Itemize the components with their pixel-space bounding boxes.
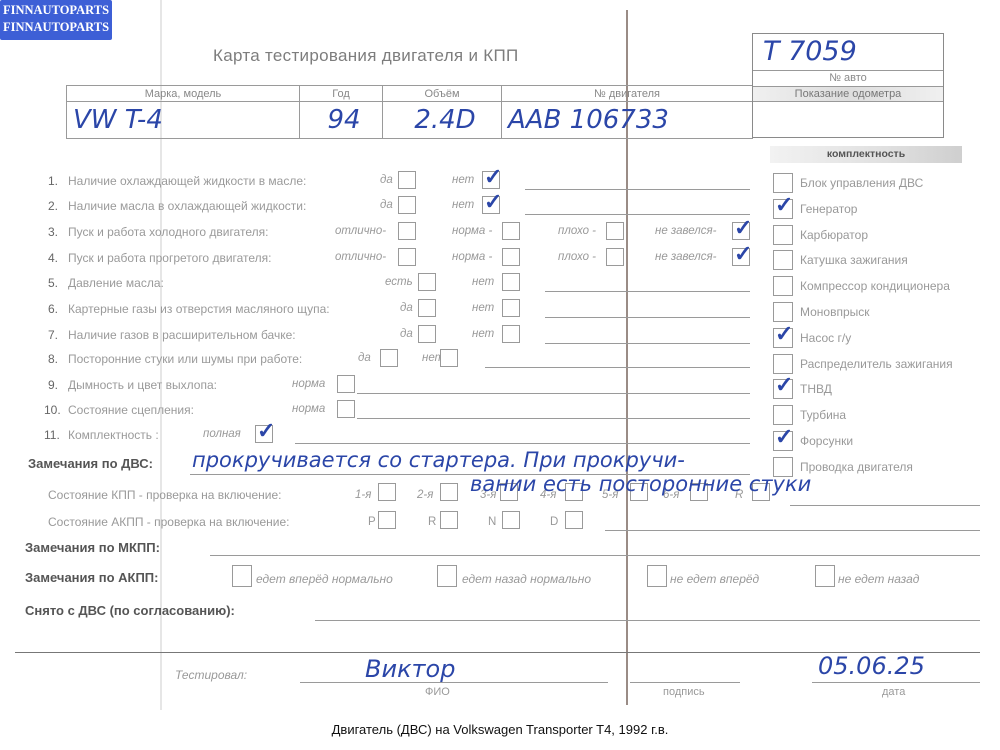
kit-checkbox[interactable] xyxy=(773,173,793,193)
removed-line[interactable] xyxy=(315,620,980,621)
question-text: Наличие газов в расширительном бачке: xyxy=(68,328,296,342)
removed-label: Снято с ДВС (по согласованию): xyxy=(25,603,235,618)
kit-checkbox[interactable] xyxy=(773,302,793,322)
option-label: норма xyxy=(292,403,325,415)
kit-title: комплектность xyxy=(770,146,962,163)
akpp-remark-checkbox[interactable] xyxy=(232,565,252,587)
date-value[interactable]: 05.06.25 xyxy=(818,652,925,680)
notes-line[interactable] xyxy=(545,343,750,344)
question-number: 2. xyxy=(48,199,58,213)
line xyxy=(605,530,980,531)
question-text: Наличие охлаждающей жидкости в масле: xyxy=(68,174,306,188)
option-label: да xyxy=(400,302,413,314)
option-label: да xyxy=(380,199,393,211)
option-checkbox[interactable] xyxy=(482,196,500,214)
option-label: да xyxy=(400,328,413,340)
gear-label: N xyxy=(488,516,496,528)
option-checkbox[interactable] xyxy=(502,325,520,343)
gear-checkbox[interactable] xyxy=(565,511,583,529)
option-label: нет xyxy=(452,199,474,211)
kit-checkbox[interactable] xyxy=(773,276,793,296)
option-label: отлично- xyxy=(335,251,386,263)
akpp-remark-checkbox[interactable] xyxy=(815,565,835,587)
option-label: норма - xyxy=(452,225,492,237)
remarks-auto-label: Замечания по АКПП: xyxy=(25,570,158,585)
notes-line[interactable] xyxy=(485,367,750,368)
auto-number-box: T 7059 № авто Показание одометра xyxy=(752,33,944,138)
option-checkbox[interactable] xyxy=(502,299,520,317)
question-number: 9. xyxy=(48,378,58,392)
option-label: норма - xyxy=(452,251,492,263)
akpp-remark-label: едет назад нормально xyxy=(462,572,591,586)
option-label: не завелся- xyxy=(655,225,717,237)
volume-value[interactable]: 2.4D xyxy=(383,102,502,139)
option-label: нет xyxy=(452,174,474,186)
akpp-remark-checkbox[interactable] xyxy=(647,565,667,587)
gear-label: R xyxy=(428,516,436,528)
gear-checkbox[interactable] xyxy=(440,511,458,529)
date-label: дата xyxy=(882,686,905,698)
option-label: нет xyxy=(472,276,494,288)
option-checkbox[interactable] xyxy=(398,222,416,240)
kit-checkbox[interactable] xyxy=(773,431,793,451)
make-model-label: Марка, модель xyxy=(67,86,300,102)
option-label: плохо - xyxy=(558,225,596,237)
kit-item-label: Компрессор кондиционера xyxy=(800,279,950,293)
question-number: 8. xyxy=(48,352,58,366)
logo-line-2: FINNAUTOPARTS xyxy=(0,19,112,36)
form-title: Карта тестирования двигателя и КПП xyxy=(213,46,519,66)
option-checkbox[interactable] xyxy=(732,222,750,240)
gear-label: 2-я xyxy=(417,489,433,501)
question-text: Наличие масла в охлаждающей жидкости: xyxy=(68,199,306,213)
notes-line[interactable] xyxy=(357,418,750,419)
question-number: 3. xyxy=(48,225,58,239)
gear-checkbox[interactable] xyxy=(378,511,396,529)
signature-label: подпись xyxy=(663,686,705,698)
option-checkbox[interactable] xyxy=(732,248,750,266)
kit-item-label: Блок управления ДВС xyxy=(800,176,923,190)
kit-item-label: Форсунки xyxy=(800,434,853,448)
name-label: ФИО xyxy=(425,686,450,698)
option-checkbox[interactable] xyxy=(482,171,500,189)
kit-item-label: Распределитель зажигания xyxy=(800,357,953,371)
remarks-manual-line[interactable] xyxy=(210,555,980,556)
option-checkbox[interactable] xyxy=(502,273,520,291)
option-checkbox[interactable] xyxy=(440,349,458,367)
question-number: 10. xyxy=(44,403,61,417)
option-checkbox[interactable] xyxy=(337,400,355,418)
akpp-remark-label: едет вперёд нормально xyxy=(256,572,393,586)
year-value[interactable]: 94 xyxy=(300,102,383,139)
kit-checkbox[interactable] xyxy=(773,379,793,399)
question-number: 6. xyxy=(48,302,58,316)
option-label: отлично- xyxy=(335,225,386,237)
name-line xyxy=(300,682,608,683)
remarks-engine-text-2[interactable]: вании есть посторонние стуки xyxy=(470,472,811,496)
option-label: не завелся- xyxy=(655,251,717,263)
kit-checkbox[interactable] xyxy=(773,328,793,348)
manual-gearbox-check-label: Состояние КПП - проверка на включение: xyxy=(48,488,281,502)
option-label: нет xyxy=(472,328,494,340)
kit-checkbox[interactable] xyxy=(773,405,793,425)
signature-line[interactable] xyxy=(630,682,740,683)
question-text: Пуск и работа холодного двигателя: xyxy=(68,225,268,239)
notes-line[interactable] xyxy=(545,317,750,318)
vehicle-header-table: Марка, модель Год Объём № двигателя VW T… xyxy=(66,85,753,139)
question-text: Посторонние стуки или шумы при работе: xyxy=(68,352,302,366)
kit-item-label: Турбина xyxy=(800,408,846,422)
option-checkbox[interactable] xyxy=(606,222,624,240)
question-number: 4. xyxy=(48,251,58,265)
option-checkbox[interactable] xyxy=(418,273,436,291)
make-model-value[interactable]: VW T-4 xyxy=(67,102,300,139)
remarks-manual-label: Замечания по МКПП: xyxy=(25,540,160,555)
kit-checkbox[interactable] xyxy=(773,199,793,219)
auto-gearbox-check-label: Состояние АКПП - проверка на включение: xyxy=(48,515,289,529)
option-checkbox[interactable] xyxy=(380,349,398,367)
odometer-value[interactable] xyxy=(753,102,943,138)
photo-caption: Двигатель (ДВС) на Volkswagen Transporte… xyxy=(0,722,1000,737)
gear-checkbox[interactable] xyxy=(440,483,458,501)
question-number: 1. xyxy=(48,174,58,188)
question-number: 5. xyxy=(48,276,58,290)
kit-item-label: Насос г/у xyxy=(800,331,851,345)
question-text: Картерные газы из отверстия масляного щу… xyxy=(68,302,330,316)
gear-label: 1-я xyxy=(355,489,371,501)
question-number: 7. xyxy=(48,328,58,342)
option-label: есть xyxy=(385,276,413,288)
line xyxy=(790,505,980,506)
year-label: Год xyxy=(300,86,383,102)
option-label: полная xyxy=(203,428,241,440)
kit-item-label: ТНВД xyxy=(800,382,832,396)
auto-number-label: № авто xyxy=(753,71,943,87)
gear-checkbox[interactable] xyxy=(378,483,396,501)
akpp-remark-checkbox[interactable] xyxy=(437,565,457,587)
option-checkbox[interactable] xyxy=(606,248,624,266)
notes-line[interactable] xyxy=(295,443,750,444)
option-checkbox[interactable] xyxy=(398,248,416,266)
kit-item-label: Генератор xyxy=(800,202,857,216)
question-text: Пуск и работа прогретого двигателя: xyxy=(68,251,272,265)
option-label: нет xyxy=(472,302,494,314)
notes-line[interactable] xyxy=(545,291,750,292)
option-label: да xyxy=(380,174,393,186)
engine-number-value[interactable]: AAB 106733 xyxy=(502,102,753,139)
question-text: Давление масла: xyxy=(68,276,164,290)
kit-item-label: Моновпрыск xyxy=(800,305,870,319)
notes-line[interactable] xyxy=(525,189,750,190)
option-label: плохо - xyxy=(558,251,596,263)
kit-checkbox[interactable] xyxy=(773,225,793,245)
option-checkbox[interactable] xyxy=(337,375,355,393)
date-line xyxy=(812,682,980,683)
kit-checkbox[interactable] xyxy=(773,354,793,374)
option-checkbox[interactable] xyxy=(418,299,436,317)
option-label: да xyxy=(358,352,371,364)
option-checkbox[interactable] xyxy=(502,222,520,240)
question-number: 11. xyxy=(44,428,60,442)
remarks-engine-text-1[interactable]: прокручивается со стартера. При прокручи… xyxy=(192,448,685,472)
kit-checkbox[interactable] xyxy=(773,250,793,270)
option-checkbox[interactable] xyxy=(398,171,416,189)
question-text: Комплектность : xyxy=(68,428,159,442)
option-checkbox[interactable] xyxy=(255,425,273,443)
option-checkbox[interactable] xyxy=(398,196,416,214)
odometer-label: Показание одометра xyxy=(753,87,943,102)
engine-number-label: № двигателя xyxy=(502,86,753,102)
kit-item-label: Катушка зажигания xyxy=(800,253,908,267)
remarks-engine-label: Замечания по ДВС: xyxy=(28,456,153,471)
option-label: норма xyxy=(292,378,325,390)
akpp-remark-label: не едет вперёд xyxy=(670,572,759,586)
question-text: Состояние сцепления: xyxy=(68,403,194,417)
tester-name[interactable]: Виктор xyxy=(365,655,455,683)
notes-line[interactable] xyxy=(357,393,750,394)
gear-checkbox[interactable] xyxy=(502,511,520,529)
tested-by-label: Тестировал: xyxy=(175,668,247,682)
question-text: Дымность и цвет выхлопа: xyxy=(68,378,217,392)
logo-line-1: FINNAUTOPARTS xyxy=(0,2,112,19)
auto-number-value[interactable]: T 7059 xyxy=(753,34,943,71)
akpp-remark-label: не едет назад xyxy=(838,572,919,586)
gear-label: D xyxy=(550,516,558,528)
option-checkbox[interactable] xyxy=(418,325,436,343)
gear-label: P xyxy=(368,516,376,528)
brand-logo: FINNAUTOPARTS FINNAUTOPARTS xyxy=(0,0,112,40)
notes-line[interactable] xyxy=(525,214,750,215)
option-checkbox[interactable] xyxy=(502,248,520,266)
kit-item-label: Карбюратор xyxy=(800,228,868,242)
volume-label: Объём xyxy=(383,86,502,102)
kit-item-label: Проводка двигателя xyxy=(800,460,913,474)
